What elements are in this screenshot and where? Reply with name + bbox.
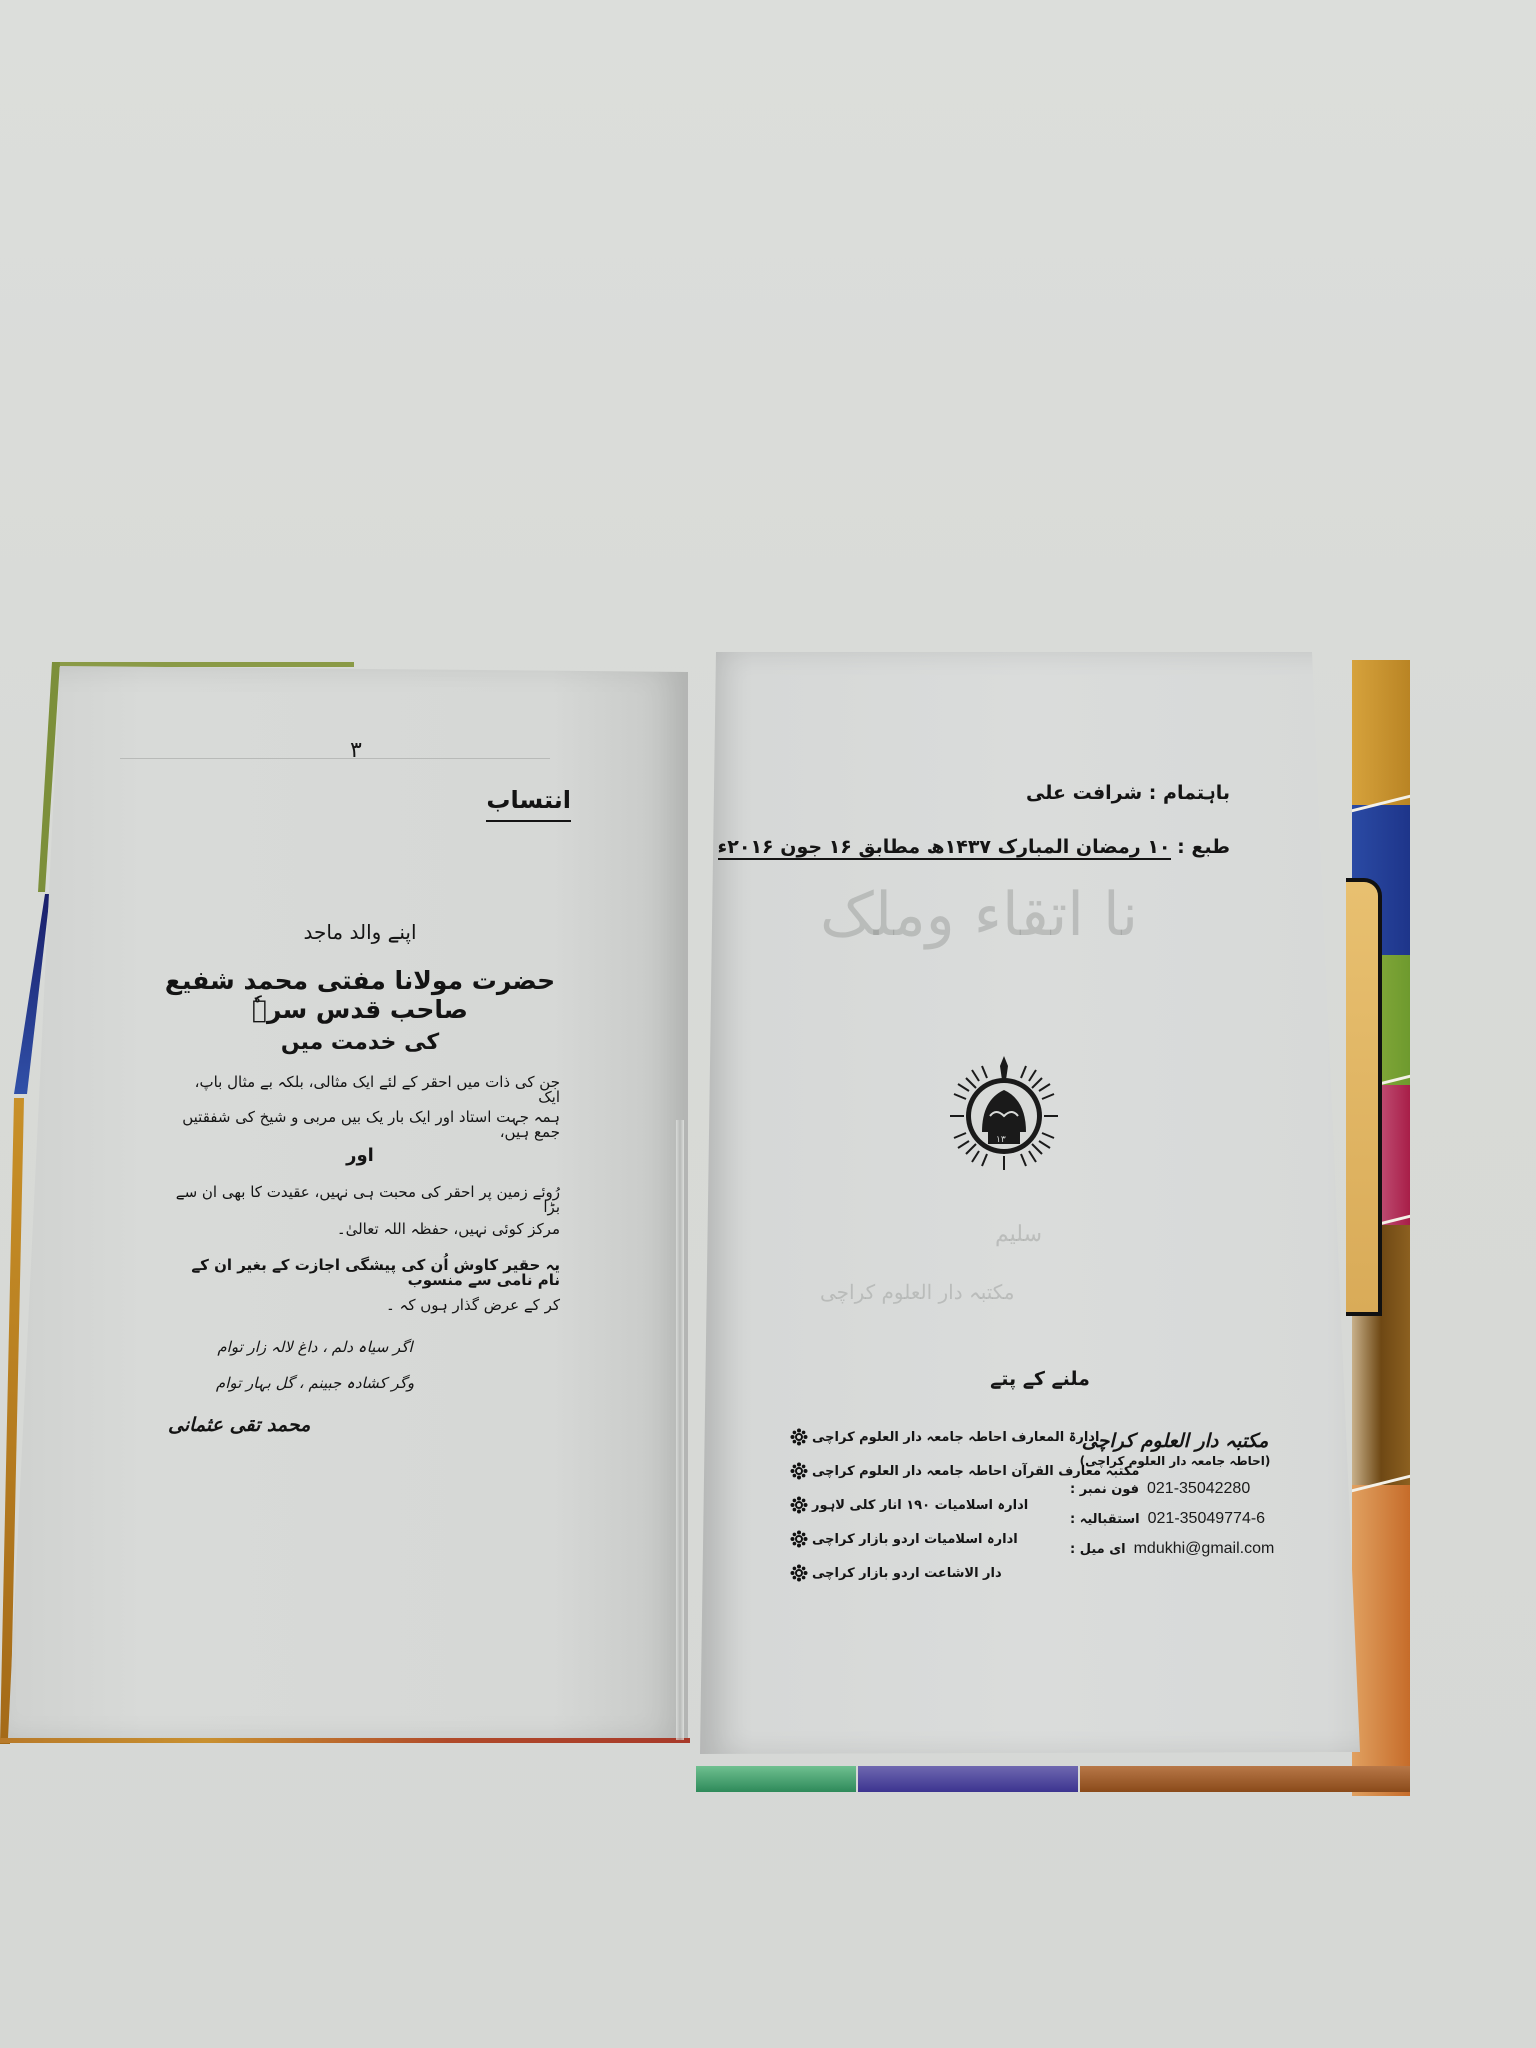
contact-reception: استقبالیہ : 021-35049774-6 — [1070, 1510, 1280, 1528]
dedication-line-3: کی خدمت میں — [150, 1030, 570, 1055]
address-item: ادارہ اسلامیات اردو بازار کراچی — [790, 1522, 1022, 1556]
author-signature: محمد تقی عثمانی — [168, 1414, 310, 1436]
publisher-block: مکتبہ دار العلوم کراچی (احاطہ جامعہ دار … — [1070, 1430, 1280, 1558]
dedication-paragraph-line: یہ حقیر کاوش اُن کی پیشگی اجازت کے بغیر … — [170, 1258, 560, 1288]
conjunction-aur: اور — [150, 1145, 570, 1166]
address-item: دار الاشاعت اردو بازار کراچی — [790, 1556, 1022, 1590]
page-heading: انتساب — [486, 786, 571, 822]
left-cover-bottom-edge — [0, 1738, 690, 1743]
contact-email: ای میل : mdukhi@gmail.com — [1070, 1540, 1280, 1558]
contact-value: 021-35042280 — [1147, 1480, 1250, 1498]
imprint-publisher: باہتمام : شرافت علی — [1026, 782, 1230, 804]
address-text: ادارہ اسلامیات اردو بازار کراچی — [812, 1532, 1018, 1547]
contact-label: استقبالیہ : — [1070, 1512, 1140, 1527]
cover-top-edge — [54, 662, 354, 667]
verse-line-2: وگر کشادہ جبینم ، گل بہار توام — [150, 1374, 480, 1392]
verse-line-1: اگر سیاہ دلم ، داغ لالہ زار توام — [150, 1338, 480, 1356]
dedication-line-1: اپنے والد ماجد — [150, 920, 570, 944]
imprint-print-date: طبع : ۱۰ رمضان المبارک ۱۴۳۷ھ مطابق ۱۶ جو… — [718, 836, 1230, 858]
right-cover-edge — [1352, 660, 1410, 1796]
address-item: ادارۃ المعارف احاطہ جامعہ دار العلوم کرا… — [790, 1420, 1022, 1454]
flower-bullet-icon — [790, 1496, 808, 1514]
bleed-through-text: مکتبہ دار العلوم کراچی — [820, 1280, 1015, 1304]
publisher-name: مکتبہ دار العلوم کراچی — [1070, 1430, 1280, 1452]
imprint-publisher-label: باہتمام — [1163, 782, 1230, 804]
address-text: ادارۃ المعارف احاطہ جامعہ دار العلوم کرا… — [812, 1430, 1099, 1445]
page-number: ۳ — [350, 738, 362, 763]
cover-arch-motif — [1346, 878, 1382, 1316]
flower-bullet-icon — [790, 1530, 808, 1548]
addresses-heading: ملنے کے پتے — [950, 1368, 1130, 1390]
imprint-publisher-value: شرافت علی — [1026, 782, 1142, 804]
dedication-name: حضرت مولانا مفتی محمد شفیع صاحب قدس سرہٗ — [140, 966, 580, 1024]
imprint-print-value: ۱۰ رمضان المبارک ۱۴۳۷ھ مطابق ۱۶ جون ۲۰۱۶… — [718, 836, 1171, 860]
cover-bottom-edge — [696, 1762, 1410, 1796]
publisher-location: (احاطہ جامعہ دار العلوم کراچی) — [1070, 1454, 1280, 1468]
flower-bullet-icon — [790, 1462, 808, 1480]
flower-bullet-icon — [790, 1564, 808, 1582]
imprint-separator: : — [1171, 836, 1185, 858]
contact-value: 021-35049774-6 — [1148, 1510, 1265, 1528]
flower-bullet-icon — [790, 1428, 808, 1446]
dedication-paragraph-line: جن کی ذات میں احقر کے لئے ایک مثالی، بلک… — [170, 1075, 560, 1105]
contact-label: فون نمبر : — [1070, 1482, 1139, 1497]
imprint-print-label: طبع — [1191, 836, 1230, 858]
contact-label: ای میل : — [1070, 1542, 1126, 1557]
contact-phone: فون نمبر : 021-35042280 — [1070, 1480, 1280, 1498]
addresses-list: ادارۃ المعارف احاطہ جامعہ دار العلوم کرا… — [790, 1420, 1022, 1590]
contact-value: mdukhi@gmail.com — [1134, 1540, 1275, 1558]
cover-band-copper — [1352, 1485, 1410, 1796]
header-rule — [120, 758, 550, 759]
dedication-paragraph-line: ہمہ جہت استاد اور ایک بار یک بیں مربی و … — [170, 1110, 560, 1140]
svg-text:۱۳: ۱۳ — [996, 1135, 1006, 1145]
bleed-through-title: نا اتقاء وملک — [820, 880, 1138, 950]
address-text: ادارہ اسلامیات ۱۹۰ انار کلی لاہور — [812, 1498, 1028, 1513]
address-item: ادارہ اسلامیات ۱۹۰ انار کلی لاہور — [790, 1488, 1022, 1522]
publisher-seal-icon: ۱۳ — [942, 1054, 1066, 1178]
cover-bottom-green — [696, 1766, 856, 1792]
cover-band-gold — [1352, 660, 1410, 805]
bleed-through-text: سلیم — [995, 1222, 1042, 1247]
dedication-paragraph-line: رُوئے زمین پر احقر کی محبت ہی نہیں، عقید… — [170, 1185, 560, 1215]
page-gutter-fold — [676, 1120, 684, 1740]
cover-bottom-purple — [858, 1766, 1078, 1792]
photo-scene: ۳ انتساب اپنے والد ماجد حضرت مولانا مفتی… — [0, 0, 1536, 2048]
imprint-separator: : — [1142, 782, 1156, 804]
address-item: مکتبہ معارف القرآن احاطہ جامعہ دار العلو… — [790, 1454, 1022, 1488]
dedication-paragraph-line: مرکز کوئی نہیں، حفظہ اللہ تعالیٰ۔ — [170, 1222, 560, 1237]
dedication-paragraph-line: کر کے عرض گذار ہوں کہ ۔ — [170, 1298, 560, 1313]
address-text: دار الاشاعت اردو بازار کراچی — [812, 1566, 1002, 1581]
cover-bottom-copper — [1080, 1766, 1410, 1792]
